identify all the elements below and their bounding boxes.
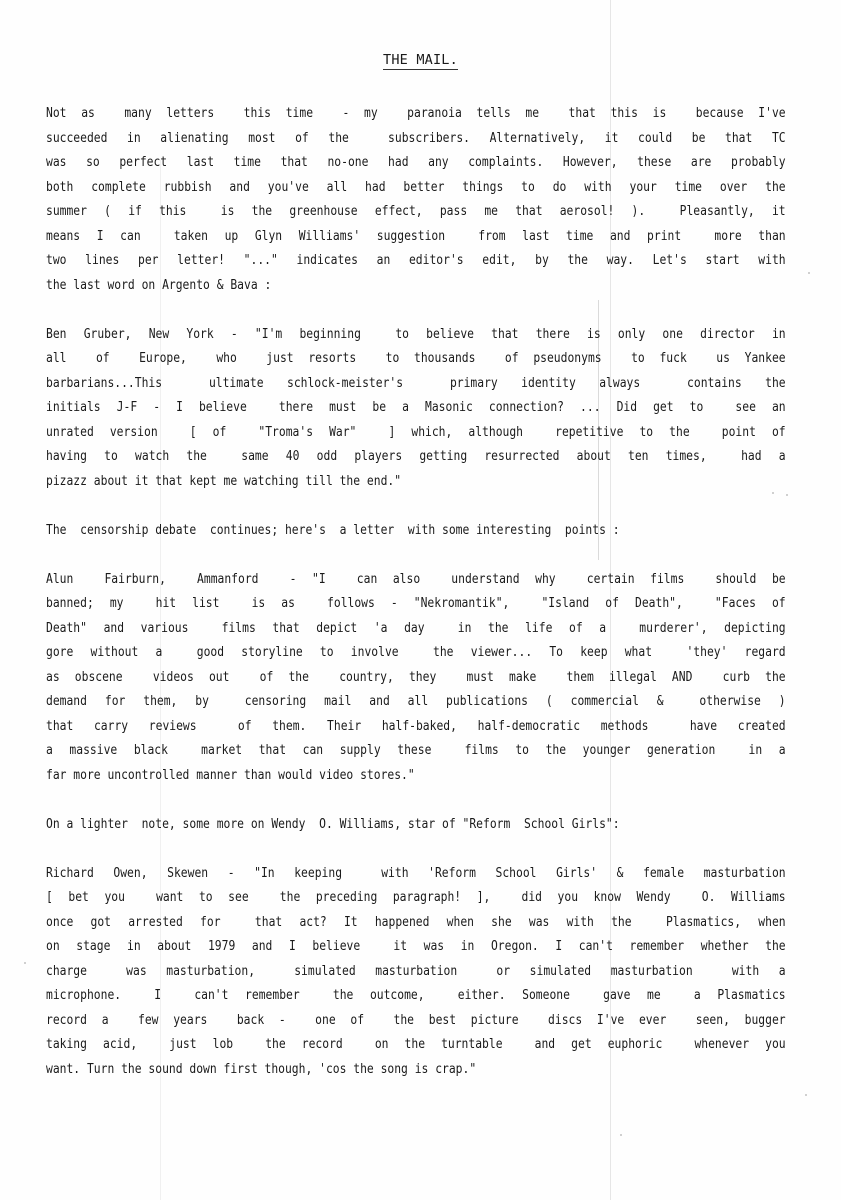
text-line: once got arrested for that act? It happe… xyxy=(46,911,786,936)
text-line: succeeded in alienating most of the subs… xyxy=(46,127,786,152)
scan-speck xyxy=(808,272,810,274)
editor-note-paragraph: The censorship debate continues; here's … xyxy=(46,519,786,544)
text-line: Not as many letters this time - my paran… xyxy=(46,102,786,127)
text-line: charge was masturbation, simulated mastu… xyxy=(46,960,786,985)
text-line: taking acid, just lob the record on the … xyxy=(46,1033,786,1058)
text-line: means I can taken up Glyn Williams' sugg… xyxy=(46,225,786,250)
text-line: [ bet you want to see the preceding para… xyxy=(46,886,786,911)
text-line: far more uncontrolled manner than would … xyxy=(46,764,786,789)
text-line: microphone. I can't remember the outcome… xyxy=(46,984,786,1009)
text-line: a massive black market that can supply t… xyxy=(46,739,786,764)
text-line: as obscene videos out of the country, th… xyxy=(46,666,786,691)
text-line: want. Turn the sound down first though, … xyxy=(46,1058,786,1083)
text-line: Ben Gruber, New York - "I'm beginning to… xyxy=(46,323,786,348)
text-line: Death" and various films that depict 'a … xyxy=(46,617,786,642)
text-line: the last word on Argento & Bava : xyxy=(46,274,786,299)
text-line: both complete rubbish and you've all had… xyxy=(46,176,786,201)
page-title: THE MAIL. xyxy=(0,52,841,68)
text-line: all of Europe, who just resorts to thous… xyxy=(46,347,786,372)
scan-speck xyxy=(24,962,26,964)
text-line: demand for them, by censoring mail and a… xyxy=(46,690,786,715)
text-line: unrated version [ of "Troma's War" ] whi… xyxy=(46,421,786,446)
text-line: pizazz about it that kept me watching ti… xyxy=(46,470,786,495)
letter-paragraph: Alun Fairburn, Ammanford - "I can also u… xyxy=(46,568,786,789)
scan-speck xyxy=(805,1094,807,1096)
text-line: banned; my hit list is as follows - "Nek… xyxy=(46,592,786,617)
page-title-text: THE MAIL. xyxy=(383,52,458,70)
text-line: Alun Fairburn, Ammanford - "I can also u… xyxy=(46,568,786,593)
text-line: barbarians...This ultimate schlock-meist… xyxy=(46,372,786,397)
text-line: Richard Owen, Skewen - "In keeping with … xyxy=(46,862,786,887)
text-line: having to watch the same 40 odd players … xyxy=(46,445,786,470)
letter-paragraph: Richard Owen, Skewen - "In keeping with … xyxy=(46,862,786,1083)
text-line: was so perfect last time that no-one had… xyxy=(46,151,786,176)
text-line: The censorship debate continues; here's … xyxy=(46,519,786,544)
text-line: gore without a good storyline to involve… xyxy=(46,641,786,666)
editor-note-paragraph: On a lighter note, some more on Wendy O.… xyxy=(46,813,786,838)
scan-speck xyxy=(620,1134,622,1136)
text-line: summer ( if this is the greenhouse effec… xyxy=(46,200,786,225)
document-body: Not as many letters this time - my paran… xyxy=(46,102,786,1107)
intro-paragraph: Not as many letters this time - my paran… xyxy=(46,102,786,298)
text-line: that carry reviews of them. Their half-b… xyxy=(46,715,786,740)
scanned-page: THE MAIL. Not as many letters this time … xyxy=(0,0,841,1200)
text-line: record a few years back - one of the bes… xyxy=(46,1009,786,1034)
scan-speck xyxy=(786,494,788,496)
text-line: two lines per letter! "..." indicates an… xyxy=(46,249,786,274)
text-line: initials J-F - I believe there must be a… xyxy=(46,396,786,421)
letter-paragraph: Ben Gruber, New York - "I'm beginning to… xyxy=(46,323,786,495)
text-line: On a lighter note, some more on Wendy O.… xyxy=(46,813,786,838)
text-line: on stage in about 1979 and I believe it … xyxy=(46,935,786,960)
